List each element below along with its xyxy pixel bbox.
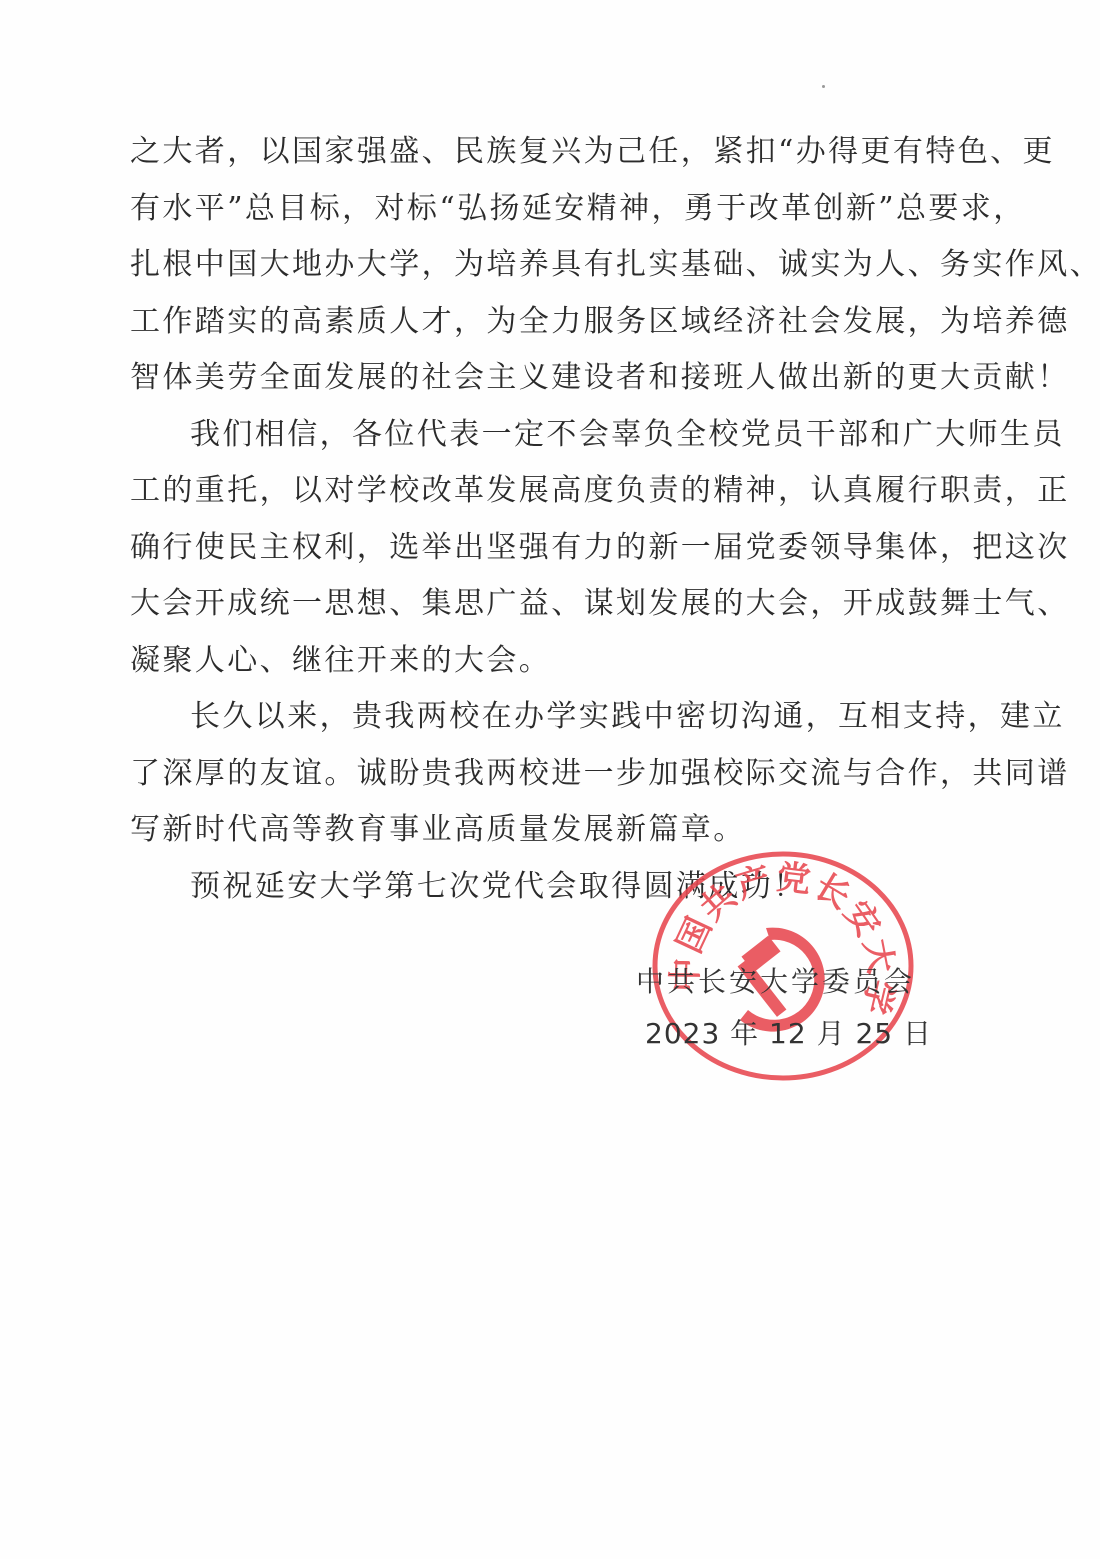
signature-date: 2023 年 12 月 25 日 <box>645 1012 932 1052</box>
text-line: 有水平”总目标，对标“弘扬延安精神，勇于改革创新”总要求， <box>130 181 990 238</box>
text-line: 工作踏实的高素质人才，为全力服务区域经济社会发展，为培养德 <box>130 294 990 351</box>
text-line: 之大者，以国家强盛、民族复兴为己任，紧扣“办得更有特色、更 <box>130 124 990 181</box>
text-line: 了深厚的友谊。诚盼贵我两校进一步加强校际交流与合作，共同谱 <box>130 746 990 803</box>
text-line: 扎根中国大地办大学，为培养具有扎实基础、诚实为人、务实作风、 <box>130 237 990 294</box>
text-line: 智体美劳全面发展的社会主义建设者和接班人做出新的更大贡献！ <box>130 350 990 407</box>
text-line: 大会开成统一思想、集思广益、谋划发展的大会，开成鼓舞士气、 <box>130 576 990 633</box>
text-line: 我们相信，各位代表一定不会辜负全校党员干部和广大师生员 <box>130 407 990 464</box>
document-page: 之大者，以国家强盛、民族复兴为己任，紧扣“办得更有特色、更 有水平”总目标，对标… <box>0 0 1100 1559</box>
text-line: 长久以来，贵我两校在办学实践中密切沟通，互相支持，建立 <box>130 689 990 746</box>
paragraph-1: 之大者，以国家强盛、民族复兴为己任，紧扣“办得更有特色、更 有水平”总目标，对标… <box>130 124 990 407</box>
paragraph-2: 我们相信，各位代表一定不会辜负全校党员干部和广大师生员 工的重托，以对学校改革发… <box>130 407 990 690</box>
letter-body: 之大者，以国家强盛、民族复兴为己任，紧扣“办得更有特色、更 有水平”总目标，对标… <box>130 124 990 915</box>
signature-organization: 中共长安大学委员会 <box>636 960 915 1000</box>
scan-speck <box>822 85 825 88</box>
text-line: 确行使民主权利，选举出坚强有力的新一届党委领导集体，把这次 <box>130 520 990 577</box>
paragraph-3: 长久以来，贵我两校在办学实践中密切沟通，互相支持，建立 了深厚的友谊。诚盼贵我两… <box>130 689 990 859</box>
text-line: 工的重托，以对学校改革发展高度负责的精神，认真履行职责，正 <box>130 463 990 520</box>
text-line: 凝聚人心、继往开来的大会。 <box>130 633 990 690</box>
